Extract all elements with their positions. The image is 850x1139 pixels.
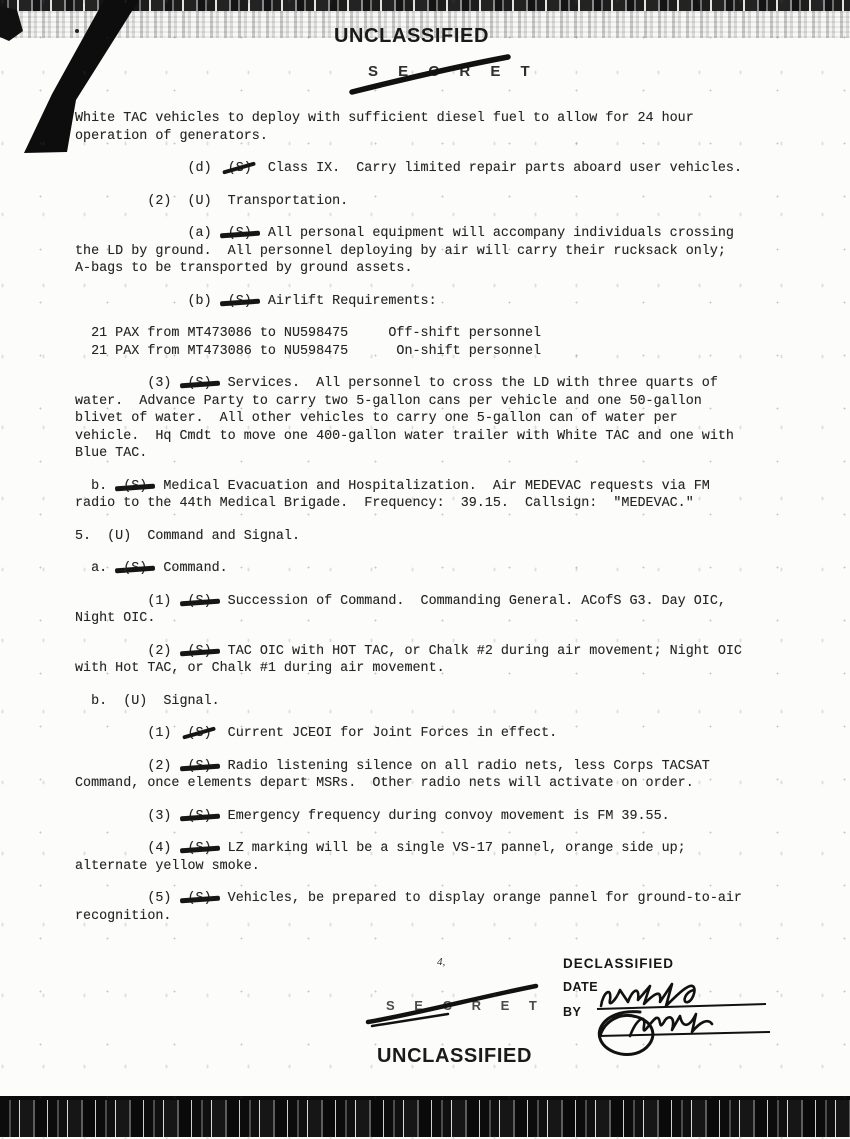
doc-line: Command, once elements depart MSRs. Othe… [75,775,795,793]
declassified-date-label: DATE [563,980,598,994]
text-segment: Class IX. Carry limited repair parts abo… [252,160,742,178]
doc-blank-line [75,360,795,375]
declassified-stamp-title: DECLASSIFIED [563,956,778,971]
text-segment: Current JCEOI for Joint Forces in effect… [212,725,558,743]
text-segment: 21 PAX from MT473086 to NU598475 On-shif… [75,343,541,361]
doc-blank-line [75,875,795,890]
text-segment: All personal equipment will accompany in… [252,225,734,243]
classification-mark: (S) [228,160,252,178]
doc-line: 5. (U) Command and Signal. [75,528,795,546]
doc-line: b. (U) Signal. [75,693,795,711]
text-segment: TAC OIC with HOT TAC, or Chalk #2 during… [212,643,742,661]
text-segment: Blue TAC. [75,445,147,463]
text-segment: (5) [75,890,188,908]
doc-line: A-bags to be transported by ground asset… [75,260,795,278]
text-segment: Command. [147,560,227,578]
doc-blank-line [75,463,795,478]
scan-noise-band-bottom [0,1096,850,1137]
text-segment: with Hot TAC, or Chalk #1 during air mov… [75,660,445,678]
text-segment: Night OIC. [75,610,155,628]
stamp-by-underline [598,1032,770,1036]
doc-line: alternate yellow smoke. [75,858,795,876]
classification-header: UNCLASSIFIED [334,25,489,48]
doc-line: White TAC vehicles to deploy with suffic… [75,110,795,128]
text-segment: radio to the 44th Medical Brigade. Frequ… [75,495,694,513]
text-segment: (1) [75,593,188,611]
text-segment: Command, once elements depart MSRs. Othe… [75,775,694,793]
classification-mark: (S) [123,560,147,578]
doc-line: with Hot TAC, or Chalk #1 during air mov… [75,660,795,678]
doc-blank-line [75,710,795,725]
doc-line: operation of generators. [75,128,795,146]
classification-mark: (S) [188,758,212,776]
doc-line: (1) (S) Succession of Command. Commandin… [75,593,795,611]
classification-mark: (S) [188,375,212,393]
text-segment: Emergency frequency during convoy moveme… [212,808,670,826]
doc-line: a. (S) Command. [75,560,795,578]
doc-blank-line [75,628,795,643]
text-segment: Services. All personnel to cross the LD … [212,375,718,393]
doc-line: water. Advance Party to carry two 5-gall… [75,393,795,411]
text-segment: (a) [75,225,228,243]
doc-line: blivet of water. All other vehicles to c… [75,410,795,428]
doc-line: 21 PAX from MT473086 to NU598475 On-shif… [75,343,795,361]
doc-line: (2) (S) Radio listening silence on all r… [75,758,795,776]
doc-line: Night OIC. [75,610,795,628]
secret-marking-top: S E C R E T [368,63,538,80]
doc-blank-line [75,145,795,160]
classification-mark: (S) [188,593,212,611]
doc-line: the LD by ground. All personnel deployin… [75,243,795,261]
text-segment: (2) (U) Transportation. [75,193,348,211]
doc-line: (3) (S) Emergency frequency during convo… [75,808,795,826]
doc-blank-line [75,743,795,758]
text-segment: (4) [75,840,188,858]
doc-line: b. (S) Medical Evacuation and Hospitaliz… [75,478,795,496]
text-segment: (3) [75,375,188,393]
scanned-document-page: UNCLASSIFIED S E C R E T White TAC vehic… [0,0,850,1139]
declassified-by-label: BY [563,1005,581,1019]
doc-blank-line [75,545,795,560]
text-segment: (2) [75,643,188,661]
classification-mark: (S) [188,643,212,661]
declassified-by-row: BY [563,1005,778,1021]
classification-footer: UNCLASSIFIED [377,1045,532,1068]
text-segment: White TAC vehicles to deploy with suffic… [75,110,694,128]
declassified-stamp: DECLASSIFIED DATE BY [563,956,778,1021]
text-segment: vehicle. Hq Cmdt to move one 400-gallon … [75,428,734,446]
text-segment: 21 PAX from MT473086 to NU598475 Off-shi… [75,325,541,343]
text-segment: (3) [75,808,188,826]
document-body: White TAC vehicles to deploy with suffic… [75,110,795,925]
doc-line: (3) (S) Services. All personnel to cross… [75,375,795,393]
doc-line: (a) (S) All personal equipment will acco… [75,225,795,243]
secret-strikethrough-bottom-tail [372,1014,448,1026]
doc-line: (d) (S) Class IX. Carry limited repair p… [75,160,795,178]
text-segment: b. (U) Signal. [75,693,220,711]
scan-noise-band-top [0,0,850,11]
doc-blank-line [75,210,795,225]
text-segment: Radio listening silence on all radio net… [212,758,710,776]
doc-line: (4) (S) LZ marking will be a single VS-1… [75,840,795,858]
classification-mark: (S) [188,840,212,858]
classification-mark: (S) [188,808,212,826]
doc-line: recognition. [75,908,795,926]
doc-line: (2) (S) TAC OIC with HOT TAC, or Chalk #… [75,643,795,661]
text-segment: LZ marking will be a single VS-17 pannel… [212,840,686,858]
text-segment: alternate yellow smoke. [75,858,260,876]
text-segment: operation of generators. [75,128,268,146]
doc-blank-line [75,278,795,293]
text-segment: (d) [75,160,228,178]
text-segment: (b) [75,293,228,311]
text-segment: Medical Evacuation and Hospitalization. … [147,478,710,496]
doc-line: Blue TAC. [75,445,795,463]
text-segment: recognition. [75,908,171,926]
doc-line: radio to the 44th Medical Brigade. Frequ… [75,495,795,513]
text-segment: A-bags to be transported by ground asset… [75,260,413,278]
classification-mark: (S) [228,225,252,243]
declassified-date-row: DATE [563,980,778,996]
classification-mark: (S) [123,478,147,496]
doc-blank-line [75,678,795,693]
doc-blank-line [75,178,795,193]
classification-mark: (S) [188,725,212,743]
text-segment: Vehicles, be prepared to display orange … [212,890,742,908]
doc-line: vehicle. Hq Cmdt to move one 400-gallon … [75,428,795,446]
secret-marking-bottom: S E C R E T [386,998,545,1013]
doc-blank-line [75,310,795,325]
doc-blank-line [75,513,795,528]
text-segment: (2) [75,758,188,776]
text-segment: water. Advance Party to carry two 5-gall… [75,393,702,411]
doc-line: (b) (S) Airlift Requirements: [75,293,795,311]
classification-mark: (S) [228,293,252,311]
text-segment: 5. (U) Command and Signal. [75,528,300,546]
text-segment: blivet of water. All other vehicles to c… [75,410,678,428]
page-number: 4, [437,956,445,968]
doc-line: (5) (S) Vehicles, be prepared to display… [75,890,795,908]
text-segment: (1) [75,725,188,743]
doc-line: 21 PAX from MT473086 to NU598475 Off-shi… [75,325,795,343]
text-segment: Airlift Requirements: [252,293,437,311]
classification-mark: (S) [188,890,212,908]
doc-line: (1) (S) Current JCEOI for Joint Forces i… [75,725,795,743]
doc-blank-line [75,825,795,840]
doc-line: (2) (U) Transportation. [75,193,795,211]
doc-blank-line [75,793,795,808]
text-segment: Succession of Command. Commanding Genera… [212,593,726,611]
doc-blank-line [75,578,795,593]
text-segment: the LD by ground. All personnel deployin… [75,243,726,261]
